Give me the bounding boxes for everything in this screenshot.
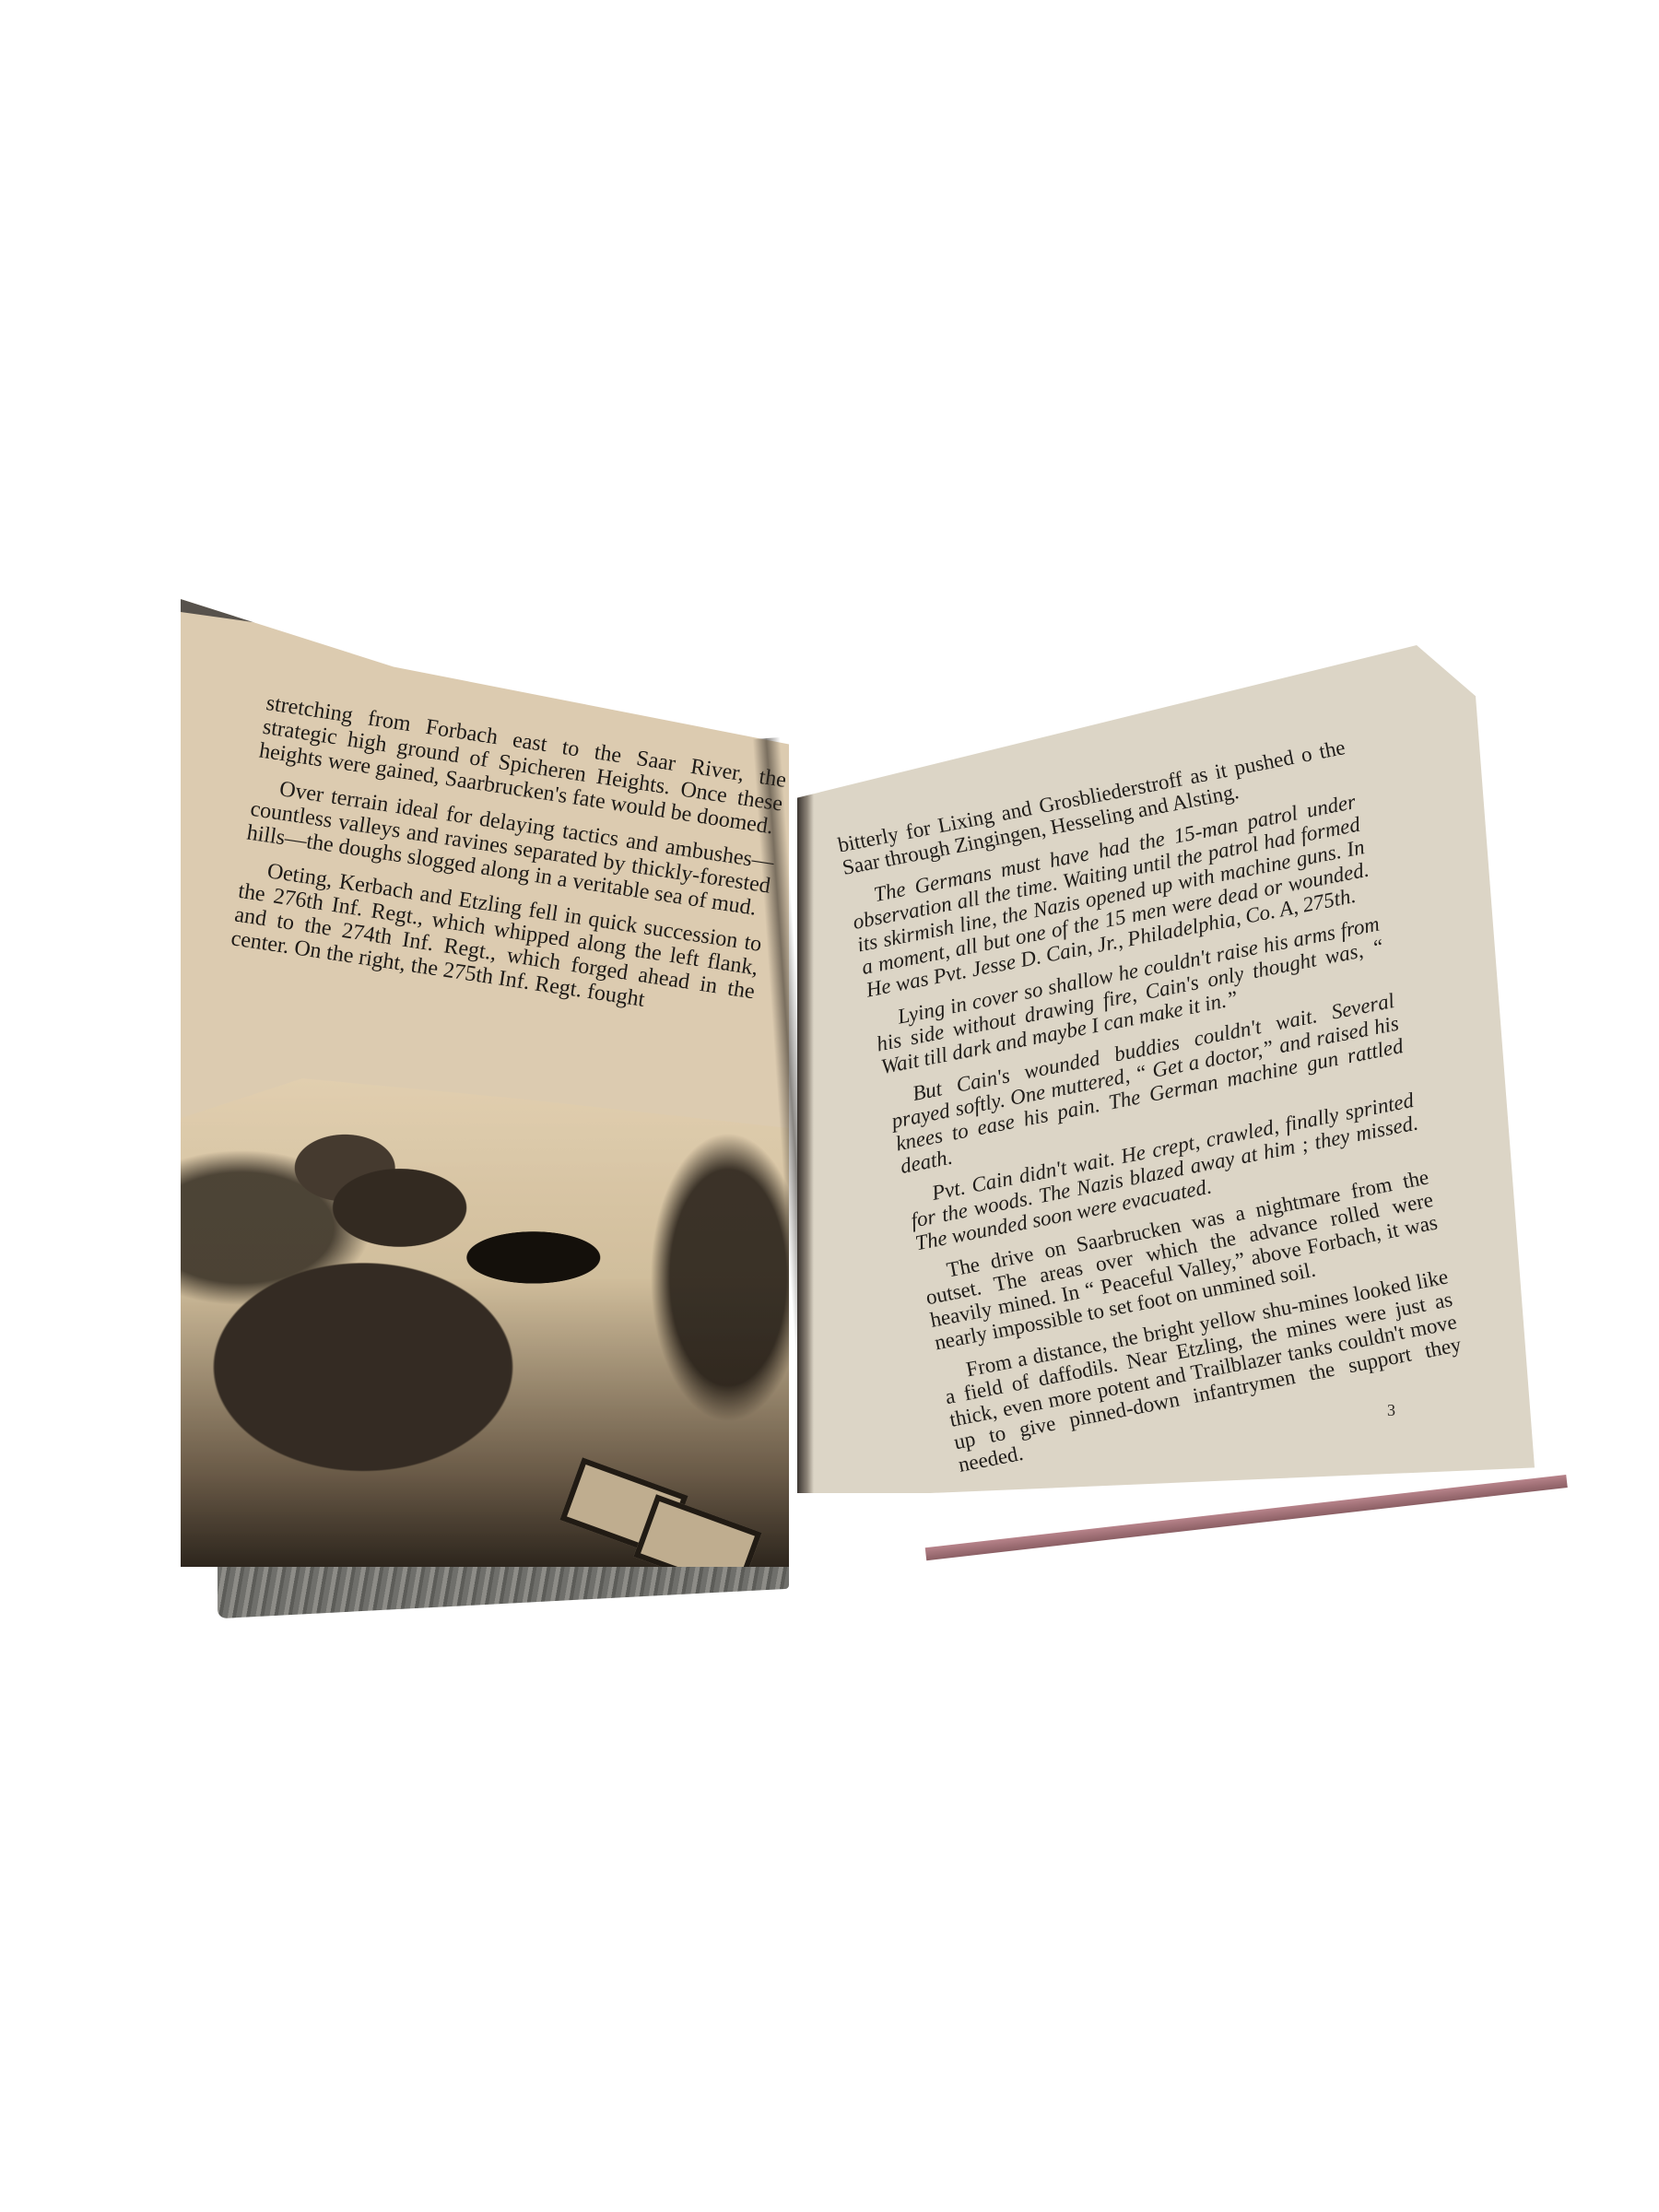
ammo-box xyxy=(633,1494,761,1567)
left-page-text: stretching from Forbach east to the Saar… xyxy=(228,691,787,1039)
machine-gun-photo xyxy=(181,1078,789,1567)
gutter xyxy=(797,645,814,1493)
photo-scene: stretching from Forbach east to the Saar… xyxy=(0,0,1659,2212)
page-number: 3 xyxy=(1387,1401,1395,1420)
right-page-text: bitterly for Lixing and Grosbliederstrof… xyxy=(836,735,1469,1486)
left-page: stretching from Forbach east to the Saar… xyxy=(181,599,789,1567)
right-page: bitterly for Lixing and Grosbliederstrof… xyxy=(797,645,1535,1493)
